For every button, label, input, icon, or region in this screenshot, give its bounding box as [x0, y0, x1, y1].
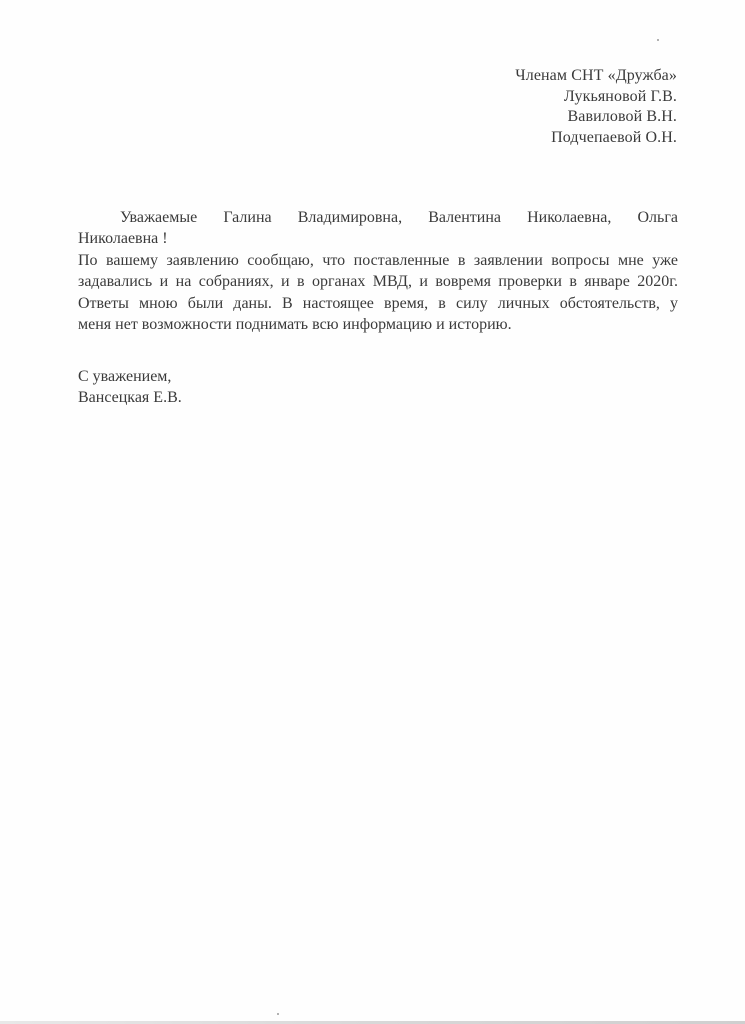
addressee-line-recipient-3: Подчепаевой О.Н.: [515, 128, 677, 149]
greeting-line-1: Уважаемые Галина Владимировна, Валентина…: [78, 207, 678, 228]
body-paragraph: По вашему заявлению сообщаю, что поставл…: [78, 250, 678, 336]
body-line-4: меня нет возможности поднимать всю инфор…: [78, 314, 678, 335]
scan-speck: [277, 1013, 279, 1015]
scan-speck: [657, 39, 659, 41]
letter-body: Уважаемые Галина Владимировна, Валентина…: [78, 207, 678, 335]
greeting-line-2: Николаевна !: [78, 228, 678, 249]
body-line-1: По вашему заявлению сообщаю, что поставл…: [78, 250, 678, 271]
closing-salutation: С уважением,: [78, 366, 182, 387]
addressee-line-recipient-1: Лукьяновой Г.В.: [515, 87, 677, 108]
body-line-3: Ответы мною были даны. В настоящее время…: [78, 293, 678, 314]
body-line-2: задавались и на собраниях, и в органах М…: [78, 271, 678, 292]
addressee-line-organization: Членам СНТ «Дружба»: [515, 66, 677, 87]
letter-page: Членам СНТ «Дружба» Лукьяновой Г.В. Вави…: [0, 0, 745, 1024]
addressee-line-recipient-2: Вавиловой В.Н.: [515, 107, 677, 128]
addressee-block: Членам СНТ «Дружба» Лукьяновой Г.В. Вави…: [515, 66, 677, 148]
signature-block: С уважением, Вансецкая Е.В.: [78, 366, 182, 408]
greeting: Уважаемые Галина Владимировна, Валентина…: [78, 207, 678, 228]
signer-name: Вансецкая Е.В.: [78, 387, 182, 408]
